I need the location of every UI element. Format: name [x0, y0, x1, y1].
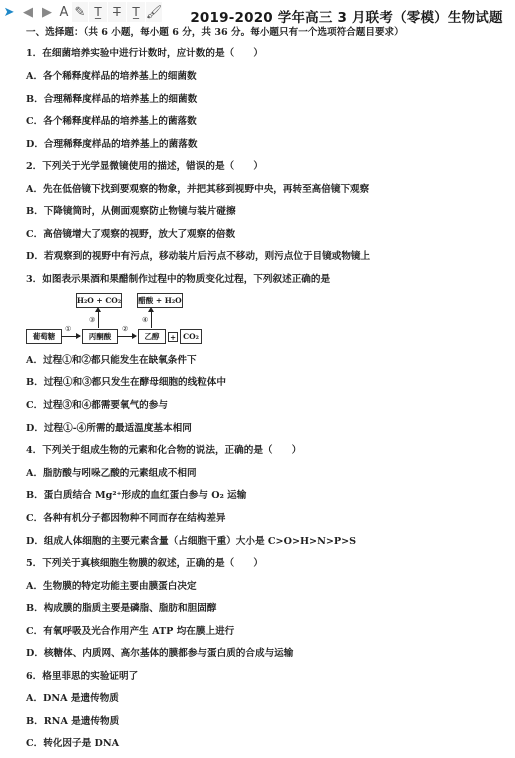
question-6-stem: 6．格里菲思的实验证明了 [26, 671, 138, 683]
undo-icon[interactable]: ◀ [19, 2, 37, 22]
question-6-option-a: A．DNA 是遗传物质 [26, 693, 119, 705]
redo-icon[interactable]: ▶ [38, 2, 56, 22]
select-tool-icon[interactable]: ➤ [0, 2, 18, 22]
title-text: 2019-2020 学年高三 3 月联考（零模）生物试题 [190, 10, 502, 26]
question-5-option-c: C．有氧呼吸及光合作用产生 ATP 均在膜上进行 [26, 626, 234, 638]
box-acetic-acid-h2o: 醋酸 + H₂O [137, 293, 183, 308]
question-2-option-a: A．先在低倍镜下找到要观察的物象，并把其移到视野中央，再转至高倍镜下观察 [26, 184, 369, 196]
box-ethanol: 乙醇 [138, 329, 166, 344]
question-3-option-c: C．过程③和④都需要氧气的参与 [26, 400, 168, 412]
question-3-option-a: A．过程①和②都只能发生在缺氧条件下 [26, 355, 197, 367]
text-strikethrough-icon[interactable]: T̶ [108, 2, 126, 22]
arrow-step-4 [151, 309, 152, 328]
question-2-stem: 2．下列关于光学显微镜使用的描述，错误的是（ ） [26, 161, 263, 173]
box-glucose: 葡萄糖 [26, 329, 62, 344]
text-underline-icon[interactable]: T̲ [89, 2, 107, 22]
question-5-stem: 5．下列关于真核细胞生物膜的叙述，正确的是（ ） [26, 558, 263, 570]
question-1-option-c: C．各个稀释度样品的培养基上的菌落数 [26, 116, 197, 128]
step-4-label: ④ [142, 316, 148, 324]
box-co2: CO₂ [180, 329, 202, 344]
arrow-step-3 [98, 309, 99, 328]
question-4-option-c: C．各种有机分子都因物种不同而存在结构差异 [26, 513, 226, 525]
arrow-step-1 [61, 336, 80, 337]
question-4-stem: 4．下列关于组成生物的元素和化合物的说法，正确的是（ ） [26, 445, 301, 457]
question-5-option-a: A．生物膜的特定功能主要由膜蛋白决定 [26, 581, 197, 593]
brush-icon[interactable]: 🖌 [146, 2, 162, 22]
question-4-option-b: B．蛋白质结合 Mg²⁺形成的血红蛋白参与 O₂ 运输 [26, 490, 246, 502]
document-page: ➤ ◀ ▶ A ✎ T̲ T̶ T̲ 🖌 2019-2020 学年高三 3 月联… [0, 0, 515, 758]
question-2-option-c: C．高倍镜增大了观察的视野，放大了观察的倍数 [26, 229, 235, 241]
arrow-step-2 [117, 336, 136, 337]
question-3-stem: 3．如图表示果酒和果醋制作过程中的物质变化过程，下列叙述正确的是 [26, 274, 330, 286]
question-2-option-d: D．若观察到的视野中有污点，移动装片后污点不移动，则污点位于目镜或物镜上 [26, 251, 370, 263]
question-6-option-b: B．RNA 是遗传物质 [26, 716, 119, 728]
question-6-option-c: C．转化因子是 DNA [26, 738, 119, 750]
pen-icon[interactable]: ✎ [72, 2, 88, 22]
box-h2o-co2: H₂O + CO₂ [76, 293, 122, 308]
plus-sign: + [168, 332, 178, 342]
section-header: 一、选择题：（共 6 小题，每小题 6 分，共 36 分。每小题只有一个选项符合… [26, 27, 404, 39]
question-4-option-a: A．脂肪酸与吲哚乙酸的元素组成不相同 [26, 468, 197, 480]
box-pyruvate: 丙酮酸 [82, 329, 118, 344]
question-1-stem: 1．在细菌培养实验中进行计数时，应计数的是（ ） [26, 48, 263, 60]
step-3-label: ③ [89, 316, 95, 324]
fermentation-diagram: H₂O + CO₂ 醋酸 + H₂O 葡萄糖 丙酮酸 乙醇 + CO₂ ① ② … [26, 292, 216, 348]
question-5-option-b: B．构成膜的脂质主要是磷脂、脂肪和胆固醇 [26, 603, 216, 615]
text-highlight-icon[interactable]: T̲ [127, 2, 145, 22]
question-3-option-b: B．过程①和③都只发生在酵母细胞的线粒体中 [26, 377, 226, 389]
step-2-label: ② [122, 325, 128, 333]
question-5-option-d: D．核糖体、内质网、高尔基体的膜都参与蛋白质的合成与运输 [26, 648, 293, 660]
question-1-option-d: D．合理稀释度样品的培养基上的菌落数 [26, 139, 197, 151]
question-4-option-d: D．组成人体细胞的主要元素含量（占细胞干重）大小是 C>O>H>N>P>S [26, 536, 356, 548]
text-tool-icon[interactable]: A [57, 2, 71, 22]
question-1-option-a: A．各个稀释度样品的培养基上的细菌数 [26, 71, 197, 83]
question-1-option-b: B．合理稀释度样品的培养基上的细菌数 [26, 94, 197, 106]
step-1-label: ① [65, 325, 71, 333]
question-2-option-b: B．下降镜筒时，从侧面观察防止物镜与装片碰擦 [26, 206, 236, 218]
annotation-toolbar: ➤ ◀ ▶ A ✎ T̲ T̶ T̲ 🖌 [0, 1, 163, 23]
question-3-option-d: D．过程①-④所需的最适温度基本相同 [26, 423, 192, 435]
